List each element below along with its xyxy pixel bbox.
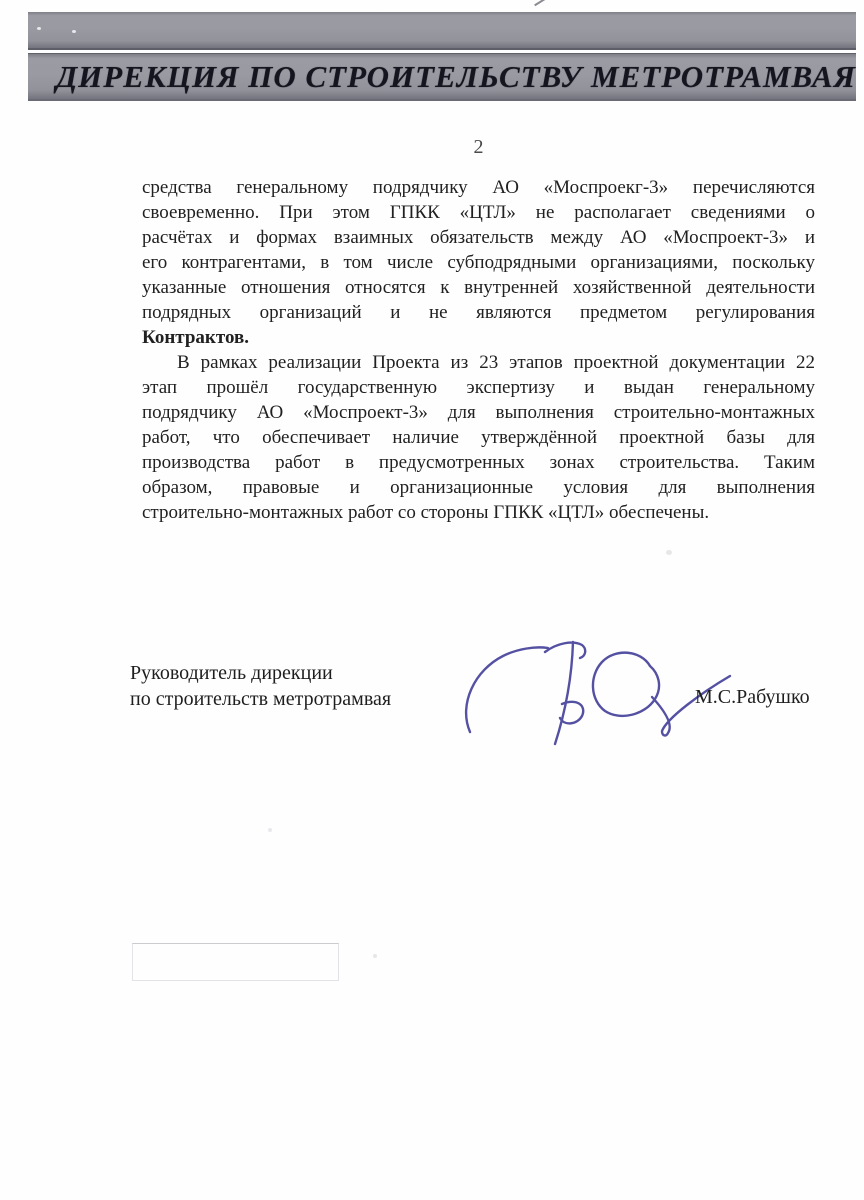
- body-line: производства работ в предусмотренных зон…: [142, 450, 815, 475]
- body-line: подрядных организаций и не являются пред…: [142, 300, 815, 325]
- signature-stroke: [593, 653, 659, 716]
- body-line: указанные отношения относятся к внутренн…: [142, 275, 815, 300]
- signer-role-line1: Руководитель дирекции: [130, 660, 391, 686]
- body-line: В рамках реализации Проекта из 23 этапов…: [142, 350, 815, 375]
- body-line: работ, что обеспечивает наличие утверждё…: [142, 425, 815, 450]
- body-line: образом, правовые и организационные усло…: [142, 475, 815, 500]
- letterhead-title-band: ДИРЕКЦИЯ ПО СТРОИТЕЛЬСТВУ МЕТРОТРАМВАЯ: [28, 53, 856, 101]
- signature-stroke: [466, 647, 548, 732]
- signer-role: Руководитель дирекции по строительств ме…: [130, 660, 391, 712]
- body-line: его контрагентами, в том числе субподряд…: [142, 250, 815, 275]
- body-line: расчётах и формах взаимных обязательств …: [142, 225, 815, 250]
- body-line: своевременно. При этом ГПКК «ЦТЛ» не рас…: [142, 200, 815, 225]
- organization-title: ДИРЕКЦИЯ ПО СТРОИТЕЛЬСТВУ МЕТРОТРАМВАЯ: [28, 59, 856, 95]
- body-line: Контрактов.: [142, 325, 815, 350]
- signature-stroke: [555, 642, 573, 744]
- scan-speck: [666, 550, 672, 555]
- scanned-letter-page: ДИРЕКЦИЯ ПО СТРОИТЕЛЬСТВУ МЕТРОТРАМВАЯ 2…: [0, 0, 864, 1200]
- scan-speck: [268, 828, 272, 832]
- page-number: 2: [142, 136, 815, 159]
- signer-name: М.С.Рабушко: [695, 686, 810, 709]
- document-body: средства генеральному подрядчику АО «Мос…: [142, 175, 815, 525]
- scan-speck: [72, 30, 76, 33]
- signature-stroke: [545, 643, 585, 658]
- body-line: строительно-монтажных работ со стороны Г…: [142, 500, 815, 525]
- signer-role-line2: по строительств метротрамвая: [130, 686, 391, 712]
- body-line: этап прошёл государственную экспертизу и…: [142, 375, 815, 400]
- body-line: средства генеральному подрядчику АО «Мос…: [142, 175, 815, 200]
- faint-box-artifact: [132, 943, 339, 981]
- scan-speck: [37, 27, 41, 30]
- body-line: подрядчику АО «Моспроект-3» для выполнен…: [142, 400, 815, 425]
- letterhead-top-band: [28, 12, 856, 50]
- scan-speck: [373, 954, 377, 958]
